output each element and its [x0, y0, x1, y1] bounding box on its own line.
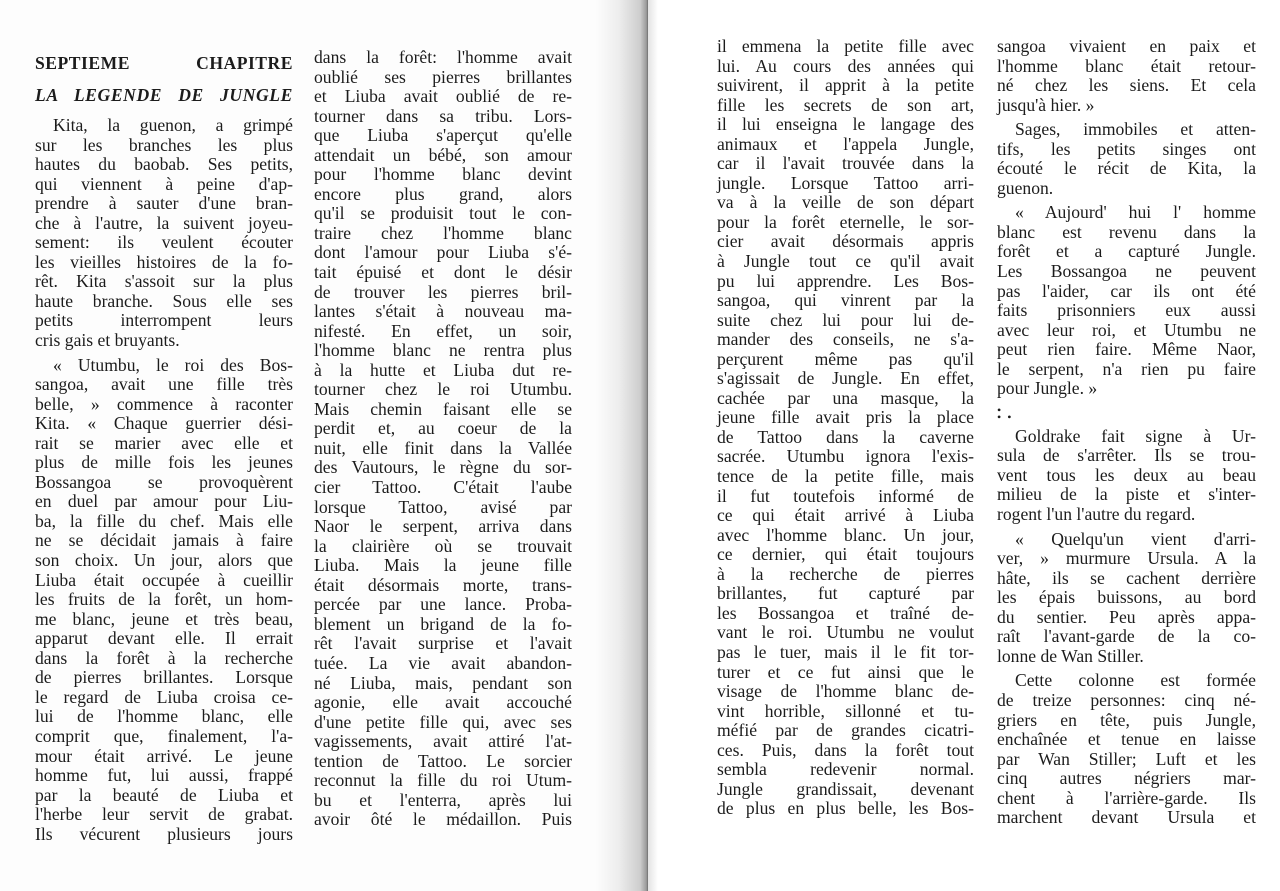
text-line: les vieilles histoires de la fo- — [35, 253, 293, 273]
column-1-body: Kita, la guenon, a grimpésur les branche… — [35, 116, 293, 844]
text-line: il fut toutefois informé de — [717, 487, 974, 507]
text-line: « Quelqu'un vient d'arri- — [997, 530, 1256, 550]
text-line: rêt l'avait surprise et l'avait — [314, 634, 572, 654]
text-line: tifs, les petits singes ont — [997, 140, 1256, 160]
text-line: par la beauté de Liuba et — [35, 786, 293, 806]
text-line: Ils vécurent plusieurs jours — [35, 825, 293, 845]
text-line: hautes du baobab. Ses petits, — [35, 155, 293, 175]
text-line: ne se décidait jamais à faire — [35, 531, 293, 551]
text-line: lantes s'était à nouveau ma- — [314, 302, 572, 322]
text-line: homme fut, lui aussi, frappé — [35, 766, 293, 786]
text-line: Bossangoa se provoquèrent — [35, 473, 293, 493]
text-line: me blanc, jeune et très beau, — [35, 610, 293, 630]
text-line: de treize personnes: cinq né- — [997, 691, 1256, 711]
text-line: vint horrible, sillonné et tu- — [717, 702, 974, 722]
text-line: cinq autres négriers mar- — [997, 769, 1256, 789]
text-line: de pierres brillantes. Lorsque — [35, 668, 293, 688]
text-line: il emmena la petite fille avec — [717, 37, 974, 57]
text-line: apparut devant elle. Il errait — [35, 629, 293, 649]
text-line: forêt et a capturé Jungle. — [997, 242, 1256, 262]
text-line: jungle. Lorsque Tattoo arri- — [717, 174, 974, 194]
text-line: l'homme blanc était retour- — [997, 57, 1256, 77]
text-line: de trouver les pierres bril- — [314, 283, 572, 303]
text-line: haute branche. Sous elle ses — [35, 292, 293, 312]
text-line: tait épuisé et dont le désir — [314, 263, 572, 283]
text-line: ce qui était arrivé à Liuba — [717, 506, 974, 526]
text-column-4: sangoa vivaient en paix etl'homme blanc … — [997, 37, 1256, 828]
text-line: Liuba était occupée à cueillir — [35, 571, 293, 591]
text-line: tourner chez le roi Utumbu. — [314, 380, 572, 400]
text-line: tence de la petite fille, mais — [717, 467, 974, 487]
text-line: sangoa, avait une fille très — [35, 375, 293, 395]
text-line: rait se marier avec elle et — [35, 434, 293, 454]
text-line: qu'il se produisit tout le con- — [314, 204, 572, 224]
text-line: Sages, immobiles et atten- — [997, 120, 1256, 140]
text-line: était désormais morte, trans- — [314, 576, 572, 596]
text-line: jeune fille avait pris la place — [717, 408, 974, 428]
text-line: sula de s'arrêter. Ils se trou- — [997, 446, 1256, 466]
text-line: de Tattoo dans la caverne — [717, 428, 974, 448]
text-line: che à l'autre, la suivent joyeu- — [35, 214, 293, 234]
text-line: jusqu'à hier. » — [997, 96, 1256, 116]
text-line: les épais buissons, au bord — [997, 588, 1256, 608]
text-line: les fruits de la forêt, un hom- — [35, 590, 293, 610]
text-line: cris gais et bruyants. — [35, 331, 293, 351]
text-line: sacrée. Utumbu ignora l'exis- — [717, 447, 974, 467]
column-4-body-part-2: Goldrake fait signe à Ur-sula de s'arrêt… — [997, 427, 1256, 828]
text-line: l'herbe leur servit de grabat. — [35, 805, 293, 825]
text-line: reconnut la fille du roi Utum- — [314, 771, 572, 791]
text-line: son choix. Un jour, alors que — [35, 551, 293, 571]
text-line: agonie, elle avait accouché — [314, 693, 572, 713]
text-line: suivirent, il apprit à la petite — [717, 76, 974, 96]
text-line: lorsque Tattoo, avisé par — [314, 498, 572, 518]
text-line: guenon. — [997, 179, 1256, 199]
text-line: sement: ils veulent écouter — [35, 233, 293, 253]
text-line: lonne de Wan Stiller. — [997, 647, 1256, 667]
text-line: de plus en plus belle, les Bos- — [717, 799, 974, 819]
text-line: hâte, ils se cachent derrière — [997, 569, 1256, 589]
text-line: à Jungle tout ce qu'il avait — [717, 252, 974, 272]
chapter-heading: SEPTIEME CHAPITRE — [35, 52, 293, 74]
text-line: mour était arrivé. Le jeune — [35, 747, 293, 767]
text-line: tuée. La vie avait abandon- — [314, 654, 572, 674]
text-line: lui de l'homme blanc, elle — [35, 707, 293, 727]
text-line: animaux et l'appela Jungle, — [717, 135, 974, 155]
text-line: cier Tattoo. C'était l'aube — [314, 478, 572, 498]
text-column-2: dans la forêt: l'homme avaitoublié ses p… — [314, 48, 572, 830]
text-line: le regard de Liuba croisa ce- — [35, 688, 293, 708]
text-line: que Liuba s'aperçut qu'elle — [314, 126, 572, 146]
text-line: né chez les siens. Et cela — [997, 76, 1256, 96]
text-line: « Aujourd' hui l' homme — [997, 203, 1256, 223]
text-line: à la recherche de pierres — [717, 565, 974, 585]
text-line: sangoa vivaient en paix et — [997, 37, 1256, 57]
text-line: pour l'homme blanc devint — [314, 165, 572, 185]
text-line: vagissements, avait attiré l'at- — [314, 732, 572, 752]
text-line: perdit et, au coeur de la — [314, 419, 572, 439]
column-4-body-part-1: sangoa vivaient en paix etl'homme blanc … — [997, 37, 1256, 399]
text-line: tourner dans sa tribu. Lors- — [314, 107, 572, 127]
text-line: ba, la fille du chef. Mais elle — [35, 512, 293, 532]
text-line: vant le roi. Utumbu ne voulut — [717, 623, 974, 643]
text-line: avec leur roi, et Utumbu ne — [997, 321, 1256, 341]
text-line: pas le tuer, mais il le fit tor- — [717, 643, 974, 663]
text-line: pas l'aider, car ils ont été — [997, 282, 1256, 302]
text-line: rêt. Kita s'assoit sur la plus — [35, 272, 293, 292]
text-line: rogent l'un l'autre du regard. — [997, 505, 1256, 525]
text-line: fille les secrets de son art, — [717, 96, 974, 116]
text-line: et Liuba avait oublié de re- — [314, 87, 572, 107]
column-3-body: il emmena la petite fille aveclui. Au co… — [717, 37, 974, 819]
text-line: il lui enseigna le langage des — [717, 115, 974, 135]
text-line: en duel par amour pour Liu- — [35, 492, 293, 512]
text-line: Mais chemin faisant elle se — [314, 400, 572, 420]
text-line: suite chez lui pour lui de- — [717, 311, 974, 331]
text-line: d'une petite fille qui, avec ses — [314, 713, 572, 733]
text-line: perçurent même pas qu'il — [717, 350, 974, 370]
text-line: cier avait désormais appris — [717, 232, 974, 252]
text-line: milieu de la piste et s'inter- — [997, 485, 1256, 505]
text-line: Les Bossangoa ne peuvent — [997, 262, 1256, 282]
text-line: pour Jungle. » — [997, 379, 1256, 399]
text-line: la clairière où se trouvait — [314, 537, 572, 557]
text-line: enchaînée et tenue en laisse — [997, 730, 1256, 750]
text-line: sangoa, qui vinrent par la — [717, 291, 974, 311]
text-line: turer et ce fut ainsi que le — [717, 663, 974, 683]
text-line: né Liuba, mais, pendant son — [314, 674, 572, 694]
text-line: sur les branches les plus — [35, 136, 293, 156]
text-line: « Utumbu, le roi des Bos- — [35, 356, 293, 376]
text-line: le serpent, n'a rien pu faire — [997, 360, 1256, 380]
text-line: par Wan Stiller; Luft et les — [997, 750, 1256, 770]
text-line: s'agissait de Jungle. En effet, — [717, 369, 974, 389]
text-line: visage de l'homme blanc de- — [717, 682, 974, 702]
text-line: des Vautours, le règne du sor- — [314, 458, 572, 478]
text-line: cachée par una masque, la — [717, 389, 974, 409]
text-line: méfié par de grandes cicatri- — [717, 721, 974, 741]
text-line: mander des conseils, ne s'a- — [717, 330, 974, 350]
text-line: Jungle grandissait, devenant — [717, 780, 974, 800]
text-line: avoir ôté le médaillon. Puis — [314, 810, 572, 830]
text-line: chent à l'arrière-garde. Ils — [997, 789, 1256, 809]
text-line: ces. Puis, dans la forêt tout — [717, 741, 974, 761]
text-line: pu lui apprendre. Les Bos- — [717, 272, 974, 292]
text-line: griers en tête, puis Jungle, — [997, 711, 1256, 731]
text-line: tention de Tattoo. Le sorcier — [314, 752, 572, 772]
text-line: du sentier. Peu après appa- — [997, 608, 1256, 628]
text-line: ver, » murmure Ursula. A la — [997, 549, 1256, 569]
text-line: Kita, la guenon, a grimpé — [35, 116, 293, 136]
text-line: dans la forêt à la recherche — [35, 649, 293, 669]
text-line: Naor le serpent, arriva dans — [314, 517, 572, 537]
text-line: nuit, elle finit dans la Vallée — [314, 439, 572, 459]
chapter-subtitle: LA LEGENDE DE JUNGLE — [35, 84, 293, 106]
text-line: Liuba. Mais la jeune fille — [314, 556, 572, 576]
text-line: car il l'avait trouvée dans la — [717, 154, 974, 174]
text-line: Goldrake fait signe à Ur- — [997, 427, 1256, 447]
text-line: encore plus grand, alors — [314, 185, 572, 205]
text-line: faits prisonniers eux aussi — [997, 301, 1256, 321]
text-line: blanc est revenu dans la — [997, 223, 1256, 243]
text-line: Kita. « Chaque guerrier dési- — [35, 414, 293, 434]
text-line: à la hutte et Liuba dut re- — [314, 361, 572, 381]
book-gutter-shadow — [596, 0, 648, 891]
section-separator-asterism: • •• — [997, 399, 1256, 427]
text-line: sembla redevenir normal. — [717, 760, 974, 780]
text-line: traire chez l'homme blanc — [314, 224, 572, 244]
text-line: marchent devant Ursula et — [997, 808, 1256, 828]
text-line: les Bossangoa et traîné de- — [717, 604, 974, 624]
text-line: ce dernier, qui était toujours — [717, 545, 974, 565]
text-line: écouté le récit de Kita, la — [997, 159, 1256, 179]
column-2-body: dans la forêt: l'homme avaitoublié ses p… — [314, 48, 572, 830]
text-line: plus de mille fois les jeunes — [35, 453, 293, 473]
text-line: oublié ses pierres brillantes — [314, 68, 572, 88]
text-line: l'homme blanc ne rentra plus — [314, 341, 572, 361]
text-line: vent tous les deux au beau — [997, 466, 1256, 486]
text-line: avec l'homme blanc. Un jour, — [717, 526, 974, 546]
book-spread: SEPTIEME CHAPITRE LA LEGENDE DE JUNGLE K… — [0, 0, 1280, 891]
text-line: belle, » commence à raconter — [35, 395, 293, 415]
text-line: raît l'avant-garde de la co- — [997, 627, 1256, 647]
text-line: nifesté. En effet, un soir, — [314, 322, 572, 342]
text-line: va à la veille de son départ — [717, 193, 974, 213]
text-line: peut rien faire. Même Naor, — [997, 340, 1256, 360]
text-line: comprit que, finalement, l'a- — [35, 727, 293, 747]
text-line: attendait un bébé, son amour — [314, 146, 572, 166]
text-line: pour la forêt eternelle, le sor- — [717, 213, 974, 233]
text-line: lui. Au cours des années qui — [717, 57, 974, 77]
book-gutter-shadow-right — [648, 0, 658, 891]
text-line: percée par une lance. Proba- — [314, 595, 572, 615]
text-line: brillantes, fut capturé par — [717, 584, 974, 604]
text-column-3: il emmena la petite fille aveclui. Au co… — [717, 37, 974, 819]
text-line: dont l'amour pour Liuba s'é- — [314, 243, 572, 263]
text-line: blement un brigand de la fo- — [314, 615, 572, 635]
text-line: dans la forêt: l'homme avait — [314, 48, 572, 68]
text-line: Cette colonne est formée — [997, 671, 1256, 691]
text-line: prendre à sauter d'une bran- — [35, 194, 293, 214]
text-line: qui viennent à peine d'ap- — [35, 175, 293, 195]
text-column-1: SEPTIEME CHAPITRE LA LEGENDE DE JUNGLE K… — [35, 52, 293, 844]
text-line: petits interrompent leurs — [35, 311, 293, 331]
text-line: bu et l'enterra, après lui — [314, 791, 572, 811]
